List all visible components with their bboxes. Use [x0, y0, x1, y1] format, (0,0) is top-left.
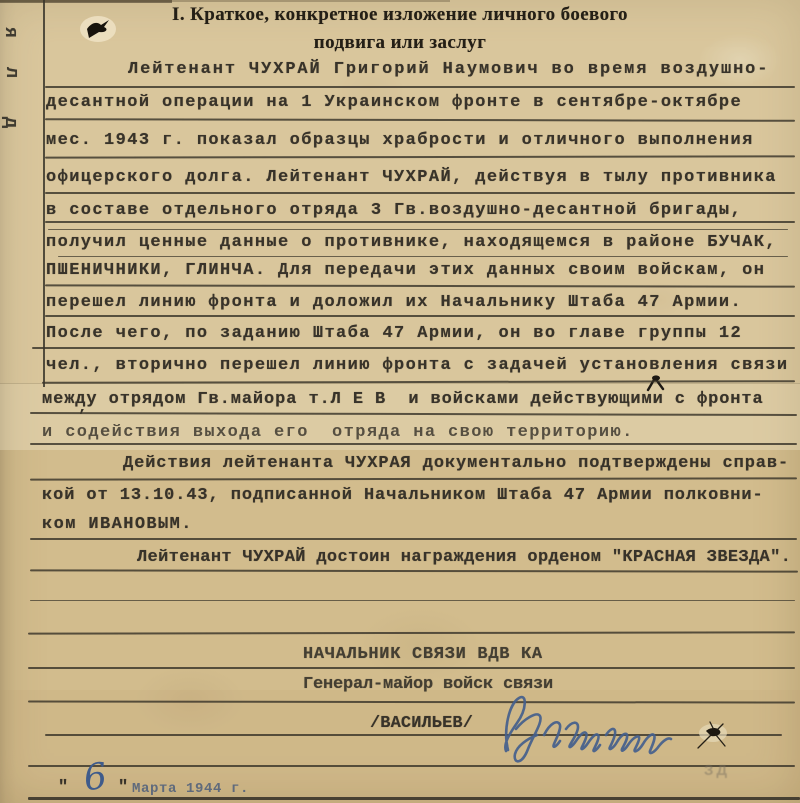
paper-tear-blemish: [692, 720, 734, 752]
typed-line-4: офицерского долга. Лейтенант ЧУХРАЙ, дей…: [46, 169, 777, 186]
handwritten-signature: [492, 690, 687, 768]
paper-hole-blemish: [76, 12, 120, 46]
ink-correction-mark: [645, 374, 669, 392]
signer-name: /ВАСИЛЬЕВ/: [370, 715, 473, 732]
date-close-quote: ": [118, 779, 130, 796]
ruled-line: [28, 797, 800, 800]
ruled-line: [30, 600, 795, 601]
ruled-line: [45, 284, 795, 287]
ruled-line: [45, 315, 795, 317]
ruled-line: [45, 86, 795, 88]
handwritten-day: 6: [82, 759, 109, 798]
typed-line-3: мес. 1943 г. показал образцы храбрости и…: [46, 132, 754, 149]
document-scan: я л д I. Краткое, конкретное изложение л…: [0, 0, 800, 803]
ruled-line: [32, 347, 795, 349]
ruled-line: [28, 631, 795, 634]
form-header-line2: подвига или заслуг: [0, 33, 800, 52]
typed-line-7: ПШЕНИЧНИКИ, ГЛИНЧА. Для передачи этих да…: [46, 262, 765, 279]
signer-position-line1: НАЧАЛЬНИК СВЯЗИ ВДВ КА: [303, 646, 543, 663]
typed-line-8: перешел линию фронта и доложил их Началь…: [46, 294, 742, 311]
margin-letter: л: [2, 67, 23, 78]
ruled-line: [45, 118, 795, 122]
date-open-quote: ": [58, 779, 70, 796]
ruled-line: [42, 380, 795, 384]
typed-line-5: в составе отдельного отряда 3 Гв.воздушн…: [46, 202, 742, 219]
typed-line-1: Лейтенант ЧУХРАЙ Григорий Наумович во вр…: [128, 61, 769, 78]
ruled-line: [58, 256, 788, 257]
typed-line-12: и содействия выхода его отряда на свою т…: [42, 424, 634, 441]
ruled-line: [48, 229, 788, 230]
ruled-line: [30, 569, 798, 572]
date-month-year: Марта 1944 г.: [132, 782, 249, 796]
typed-line-6: получил ценные данные о противнике, нахо…: [46, 234, 777, 251]
ruled-line: [30, 443, 797, 445]
ruled-line: [30, 538, 797, 540]
margin-letter: д: [1, 117, 22, 128]
ruled-line: [45, 221, 795, 223]
typed-line-14: кой от 13.10.43, подписанной Начальником…: [42, 487, 764, 504]
typed-line-16: Лейтенант ЧУХРАЙ достоин награждения орд…: [137, 549, 791, 566]
ruled-line: [28, 667, 795, 669]
typed-line-9: После чего, по заданию Штаба 47 Армии, о…: [46, 325, 742, 342]
typed-line-11: между отрядом Гв.майора т.Л Е В и войска…: [42, 391, 764, 408]
form-header-line1: I. Краткое, конкретное изложение личного…: [0, 5, 800, 24]
ruled-line: [30, 477, 797, 480]
photo-edge-line: [0, 0, 172, 3]
typed-line-2: десантной операции на 1 Украинском фронт…: [46, 94, 742, 111]
faint-stamp: ЗД: [704, 762, 730, 779]
typed-line-15: ком ИВАНОВЫМ.: [42, 516, 193, 533]
ruled-line: [30, 412, 797, 416]
ruled-line: [45, 192, 795, 194]
typed-line-10: чел., вторично перешел линию фронта с за…: [46, 357, 789, 374]
ruled-line: [45, 155, 795, 158]
typed-line-13: Действия лейтенанта ЧУХРАЯ документально…: [123, 455, 789, 472]
